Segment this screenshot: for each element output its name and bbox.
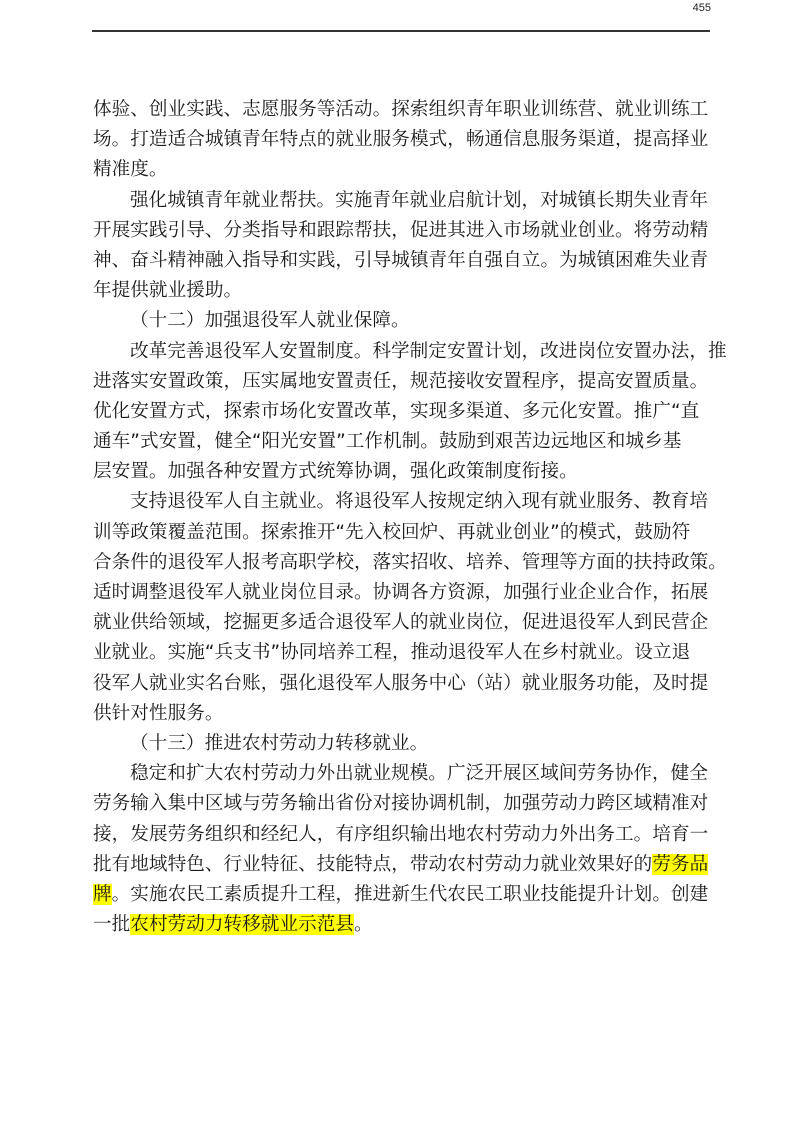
text-line: 精准度。 (93, 155, 711, 185)
paragraph-start: 改革完善退役军人安置制度。科学制定安置计划，改进岗位安置办法，推 (93, 337, 711, 367)
text-line: 神、奋斗精神融入指导和实践，引导城镇青年自强自立。为城镇困难失业青 (93, 246, 711, 276)
text-line: 体验、创业实践、志愿服务等活动。探索组织青年职业训练营、就业训练工 (93, 95, 711, 125)
text-line: 年提供就业援助。 (93, 276, 711, 306)
text-line: 批有地域特色、行业特征、技能特点，带动农村劳动力就业效果好的劳务品 (93, 850, 711, 880)
text-line: 业就业。实施“兵支书”协同培养工程，推动退役军人在乡村就业。设立退 (93, 638, 711, 668)
text-line: 训等政策覆盖范围。探索推开“先入校回炉、再就业创业”的模式，鼓励符 (93, 518, 711, 548)
paragraph-start: 强化城镇青年就业帮扶。实施青年就业启航计划，对城镇长期失业青年 (93, 186, 711, 216)
text-line: 供针对性服务。 (93, 699, 711, 729)
text-line: 一批农村劳动力转移就业示范县。 (93, 910, 711, 940)
text-line: 合条件的退役军人报考高职学校，落实招收、培养、管理等方面的扶持政策。 (93, 548, 711, 578)
document-body: 体验、创业实践、志愿服务等活动。探索组织青年职业训练营、就业训练工 场。打造适合… (93, 95, 711, 940)
paragraph-start: 支持退役军人自主就业。将退役军人按规定纳入现有就业服务、教育培 (93, 487, 711, 517)
text-line: 开展实践引导、分类指导和跟踪帮扶，促进其进入市场就业创业。将劳动精 (93, 216, 711, 246)
text-segment: 。 (354, 914, 373, 935)
highlighted-text: 牌 (93, 884, 112, 905)
text-line: 接，发展劳务组织和经纪人，有序组织输出地农村劳动力外出务工。培育一 (93, 820, 711, 850)
text-line: 优化安置方式，探索市场化安置改革，实现多渠道、多元化安置。推广“直 (93, 397, 711, 427)
text-segment: 批有地域特色、行业特征、技能特点，带动农村劳动力就业效果好的 (93, 854, 652, 875)
text-line: 役军人就业实名台账，强化退役军人服务中心（站）就业服务功能，及时提 (93, 669, 711, 699)
highlighted-text: 劳务品 (652, 854, 708, 875)
text-line: 劳务输入集中区域与劳务输出省份对接协调机制，加强劳动力跨区域精准对 (93, 789, 711, 819)
text-line: 就业供给领域，挖掘更多适合退役军人的就业岗位，促进退役军人到民营企 (93, 608, 711, 638)
text-line: 进落实安置政策，压实属地安置责任，规范接收安置程序，提高安置质量。 (93, 367, 711, 397)
text-line: 适时调整退役军人就业岗位目录。协调各方资源，加强行业企业合作，拓展 (93, 578, 711, 608)
highlighted-text: 农村劳动力转移就业示范县 (130, 914, 354, 935)
text-line: 层安置。加强各种安置方式统筹协调，强化政策制度衔接。 (93, 457, 711, 487)
text-line: 场。打造适合城镇青年特点的就业服务模式，畅通信息服务渠道，提高择业 (93, 125, 711, 155)
page-number: 455 (693, 2, 711, 14)
header-rule (92, 30, 710, 32)
text-segment: 一批 (93, 914, 130, 935)
text-line: 通车”式安置，健全“阳光安置”工作机制。鼓励到艰苦边远地区和城乡基 (93, 427, 711, 457)
section-heading-13: （十三）推进农村劳动力转移就业。 (93, 729, 711, 759)
section-heading-12: （十二）加强退役军人就业保障。 (93, 306, 711, 336)
text-segment: 。实施农民工素质提升工程，推进新生代农民工职业技能提升计划。创建 (112, 884, 709, 905)
paragraph-start: 稳定和扩大农村劳动力外出就业规模。广泛开展区域间劳务协作，健全 (93, 759, 711, 789)
text-line: 牌。实施农民工素质提升工程，推进新生代农民工职业技能提升计划。创建 (93, 880, 711, 910)
